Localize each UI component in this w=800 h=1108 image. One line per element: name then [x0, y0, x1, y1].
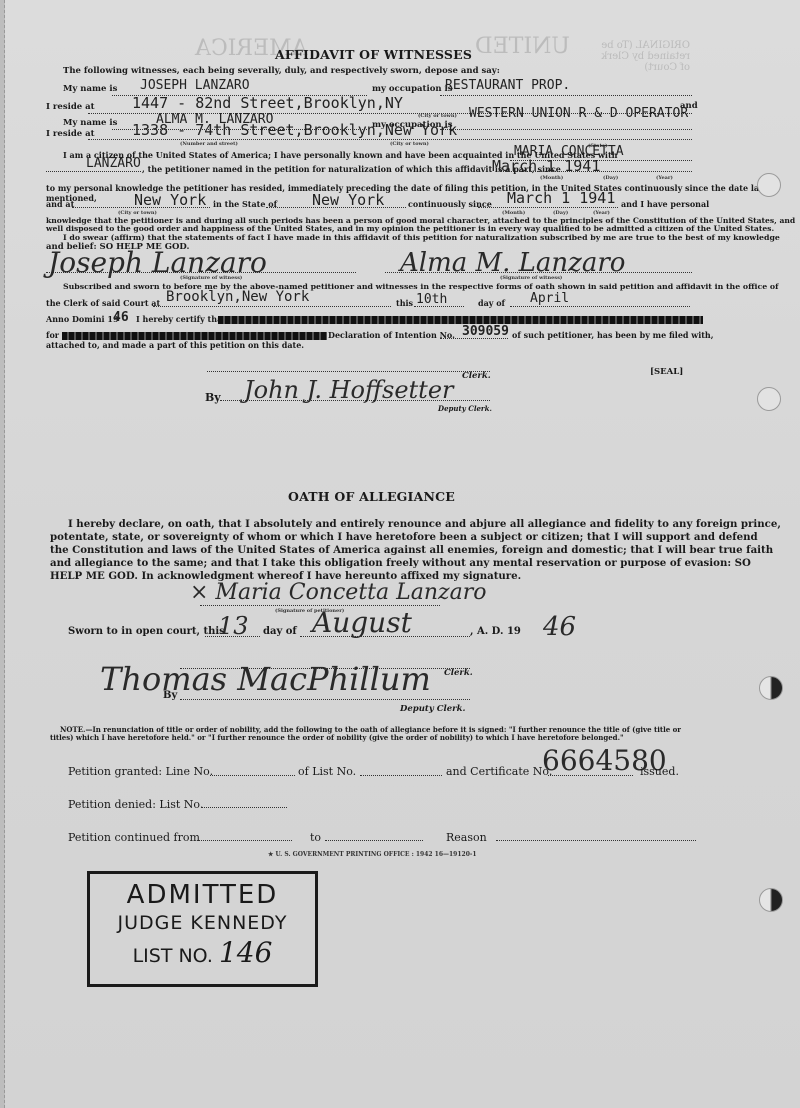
- this-label: this: [396, 298, 413, 308]
- continued-label: Petition continued from: [68, 831, 200, 844]
- redacted-text: [218, 316, 703, 324]
- certificate-label: and Certificate No.: [446, 765, 552, 778]
- stamp-line-3: LIST NO. 146: [90, 936, 315, 969]
- caption-year: (Year): [656, 175, 673, 181]
- and-at-label: and at: [46, 199, 74, 209]
- oath-line: potentate, state, or sovereignty of whom…: [50, 531, 692, 544]
- for-label: for: [46, 330, 59, 340]
- since-date-1: March 1 1941: [492, 157, 600, 175]
- petitioner-signature: × Maria Concetta Lanzaro: [190, 580, 486, 605]
- anno-domini-label: Anno Domini 19: [46, 314, 119, 324]
- deputy-clerk-label: Deputy Clerk.: [438, 404, 492, 413]
- witness1-occupation: RESTAURANT PROP.: [445, 78, 570, 93]
- subscribed-day: 10th: [416, 292, 447, 307]
- caption-street: (Number and street): [180, 141, 238, 147]
- of-list-label: of List No.: [298, 765, 356, 778]
- printer-line: ★ U. S. GOVERNMENT PRINTING OFFICE : 194…: [268, 851, 477, 858]
- sworn-day: 13: [218, 612, 249, 640]
- deputy-clerk-signature: John J. Hoffsetter: [244, 376, 454, 404]
- since-date-2: March 1 1941: [507, 189, 615, 207]
- moral-text-2: well disposed to the good order and happ…: [46, 224, 774, 233]
- bleed-through-text: UNITED: [475, 34, 570, 59]
- clerk-court-label: the Clerk of said Court at: [46, 298, 160, 308]
- certify-text: I hereby certify that: [136, 314, 226, 324]
- witness1-address: 1447 - 82nd Street,Brooklyn,NY: [132, 94, 403, 112]
- oath-text: I hereby declare, on oath, that I absolu…: [50, 518, 692, 583]
- punch-hole: [759, 676, 783, 700]
- oath-line: and allegiance to the same; and that I t…: [50, 557, 692, 570]
- witness2-reside-label: I reside at: [46, 129, 95, 139]
- page-edge: [0, 0, 5, 1108]
- punch-hole: [757, 387, 781, 411]
- caption-day: (Day): [603, 175, 618, 181]
- caption-signature: (Signature of witness): [500, 275, 562, 281]
- swear-text: I do swear (affirm) that the statements …: [63, 233, 780, 242]
- sworn-month: August: [312, 606, 412, 639]
- caption-signature: (Signature of witness): [180, 275, 242, 281]
- to-label: to: [310, 831, 321, 844]
- caption-city: (City or town): [418, 113, 457, 119]
- residence-state: New York: [312, 191, 384, 209]
- attached-text: attached to, and made a part of this pet…: [46, 340, 304, 350]
- witness1-reside-label: I reside at: [46, 102, 95, 112]
- sworn-year: 46: [543, 612, 576, 642]
- issued-label: issued.: [640, 765, 679, 778]
- stamp-list-label: LIST NO.: [133, 945, 213, 967]
- admitted-stamp: ADMITTED JUDGE KENNEDY LIST NO. 146: [87, 871, 318, 987]
- caption-city: (City or town): [390, 141, 429, 147]
- oath-clerk-label: Clerk.: [444, 668, 473, 678]
- witness2-occupation: WESTERN UNION R & D OPERATOR: [469, 106, 688, 121]
- affidavit-title: AFFIDAVIT OF WITNESSES: [275, 47, 472, 62]
- sworn-label: Sworn to in open court, this: [68, 626, 225, 637]
- note-line-2: titles) which I have heretofore held." o…: [50, 733, 624, 742]
- by-label: By: [205, 391, 221, 404]
- personal-label: and I have personal: [621, 199, 709, 209]
- witness2-address: 1338 - 74th Street,Brooklyn,New York: [132, 121, 457, 139]
- reason-label: Reason: [446, 831, 487, 844]
- petitioner-name-last: LANZARO: [86, 156, 141, 171]
- witness2-signature: Alma M. Lanzaro: [400, 248, 625, 278]
- day-of-label: day of: [478, 298, 505, 308]
- filed-text: of such petitioner, has been by me filed…: [512, 330, 714, 340]
- document-page: AMERICA UNITED ORIGINAL (To be retained …: [0, 0, 800, 1108]
- witness1-occupation-label: my occupation is: [372, 84, 453, 94]
- witness1-name-label: My name is: [63, 84, 117, 94]
- oath-line: the Constitution and laws of the United …: [50, 544, 692, 557]
- clerk-label: Clerk.: [462, 371, 491, 381]
- caption-month: (Month): [540, 175, 563, 181]
- redacted-text: [62, 332, 327, 340]
- oath-line: I hereby declare, on oath, that I absolu…: [50, 518, 692, 531]
- stamp-line-1: ADMITTED: [90, 880, 315, 910]
- punch-hole: [759, 888, 783, 912]
- affidavit-intro: The following witnesses, each being seve…: [63, 66, 500, 76]
- oath-deputy-clerk-label: Deputy Clerk.: [400, 704, 465, 714]
- ad-label: , A. D. 19: [470, 626, 521, 637]
- granted-label: Petition granted: Line No.: [68, 765, 213, 778]
- court-location: Brooklyn,New York: [166, 289, 309, 305]
- punch-hole: [757, 173, 781, 197]
- declaration-number: 309059: [462, 324, 509, 339]
- stamp-line-2: JUDGE KENNEDY: [90, 912, 315, 934]
- witness1-name: JOSEPH LANZARO: [140, 78, 250, 93]
- stamp-list-number: 146: [219, 936, 272, 969]
- residence-city: New York: [134, 191, 206, 209]
- caption-state: (State): [588, 143, 607, 149]
- denied-label: Petition denied: List No.: [68, 798, 203, 811]
- bleed-through-text: ORIGINAL (To be retained by Clerk of Cou…: [600, 40, 690, 73]
- seal-label: [SEAL]: [650, 367, 683, 377]
- oath-title: OATH OF ALLEGIANCE: [288, 489, 455, 504]
- witness2-name-label: My name is: [63, 118, 117, 128]
- day-of-label: day of: [263, 626, 297, 637]
- declaration-label: Declaration of Intention No.: [328, 330, 455, 340]
- oath-deputy-signature: Thomas MacPhillum: [100, 660, 431, 698]
- anno-year: 46: [113, 310, 129, 325]
- subscribed-month: April: [530, 291, 569, 306]
- and-label: and: [680, 101, 698, 111]
